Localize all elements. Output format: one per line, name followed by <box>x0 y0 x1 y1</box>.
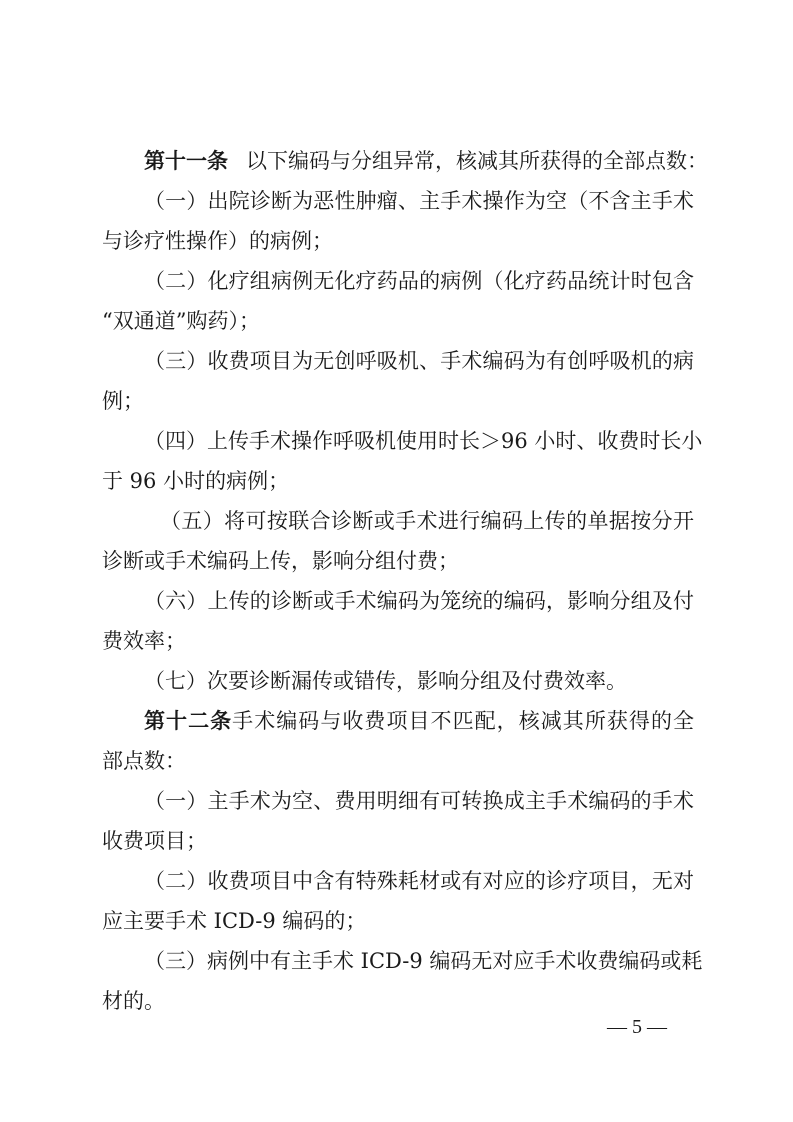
article-12-item-2-line-2: 应主要手术 ICD-9 编码的； <box>102 903 366 939</box>
article-11-item-3-line-1: （三）收费项目为无创呼吸机、手术编码为有创呼吸机的病 <box>144 343 694 379</box>
article-12-intro-line-1: 手术编码与收费项目不匹配，核减其所获得的全 <box>232 709 694 733</box>
article-12-item-3-line-2: 材的。 <box>102 983 165 1019</box>
article-12-heading: 第十二条 <box>144 709 232 733</box>
article-11-item-7-line-1: （七）次要诊断漏传或错传，影响分组及付费效率。 <box>144 663 694 699</box>
article-12-item-1-line-2: 收费项目； <box>102 823 207 859</box>
article-12-item-2-line-1: （二）收费项目中含有特殊耗材或有对应的诊疗项目，无对 <box>144 863 694 899</box>
page-number: — 5 — <box>607 1012 667 1042</box>
article-11-item-5-line-1: （五）将可按联合诊断或手术进行编码上传的单据按分开 <box>160 503 694 539</box>
article-11-item-3-line-2: 例； <box>102 383 144 419</box>
article-12-item-3-line-1: （三）病例中有主手术 ICD-9 编码无对应手术收费编码或耗 <box>144 943 694 979</box>
article-11-heading-line: 第十一条以下编码与分组异常，核减其所获得的全部点数： <box>144 143 694 179</box>
article-12-heading-line: 第十二条手术编码与收费项目不匹配，核减其所获得的全 <box>144 703 694 739</box>
article-11-item-4-line-1: （四）上传手术操作呼吸机使用时长＞96 小时、收费时长小 <box>144 423 694 459</box>
article-11-item-6-line-1: （六）上传的诊断或手术编码为笼统的编码，影响分组及付 <box>144 583 694 619</box>
article-11-item-5-line-2: 诊断或手术编码上传，影响分组付费； <box>102 543 459 579</box>
article-11-heading: 第十一条 <box>144 149 228 173</box>
article-11-item-2-line-2: “双通道”购药）； <box>102 303 260 339</box>
article-11-item-1-line-1: （一）出院诊断为恶性肿瘤、主手术操作为空（不含主手术 <box>144 183 694 219</box>
article-12-item-1-line-1: （一）主手术为空、费用明细有可转换成主手术编码的手术 <box>144 783 694 819</box>
article-11-item-6-line-2: 费效率； <box>102 623 186 659</box>
article-11-item-2-line-1: （二）化疗组病例无化疗药品的病例（化疗药品统计时包含 <box>144 263 694 299</box>
article-11-intro: 以下编码与分组异常，核减其所获得的全部点数： <box>246 149 708 173</box>
article-12-intro-line-2: 部点数： <box>102 743 186 779</box>
article-11-item-4-line-2: 于 96 小时的病例； <box>102 463 289 499</box>
article-11-item-1-line-2: 与诊疗性操作）的病例； <box>102 223 333 259</box>
